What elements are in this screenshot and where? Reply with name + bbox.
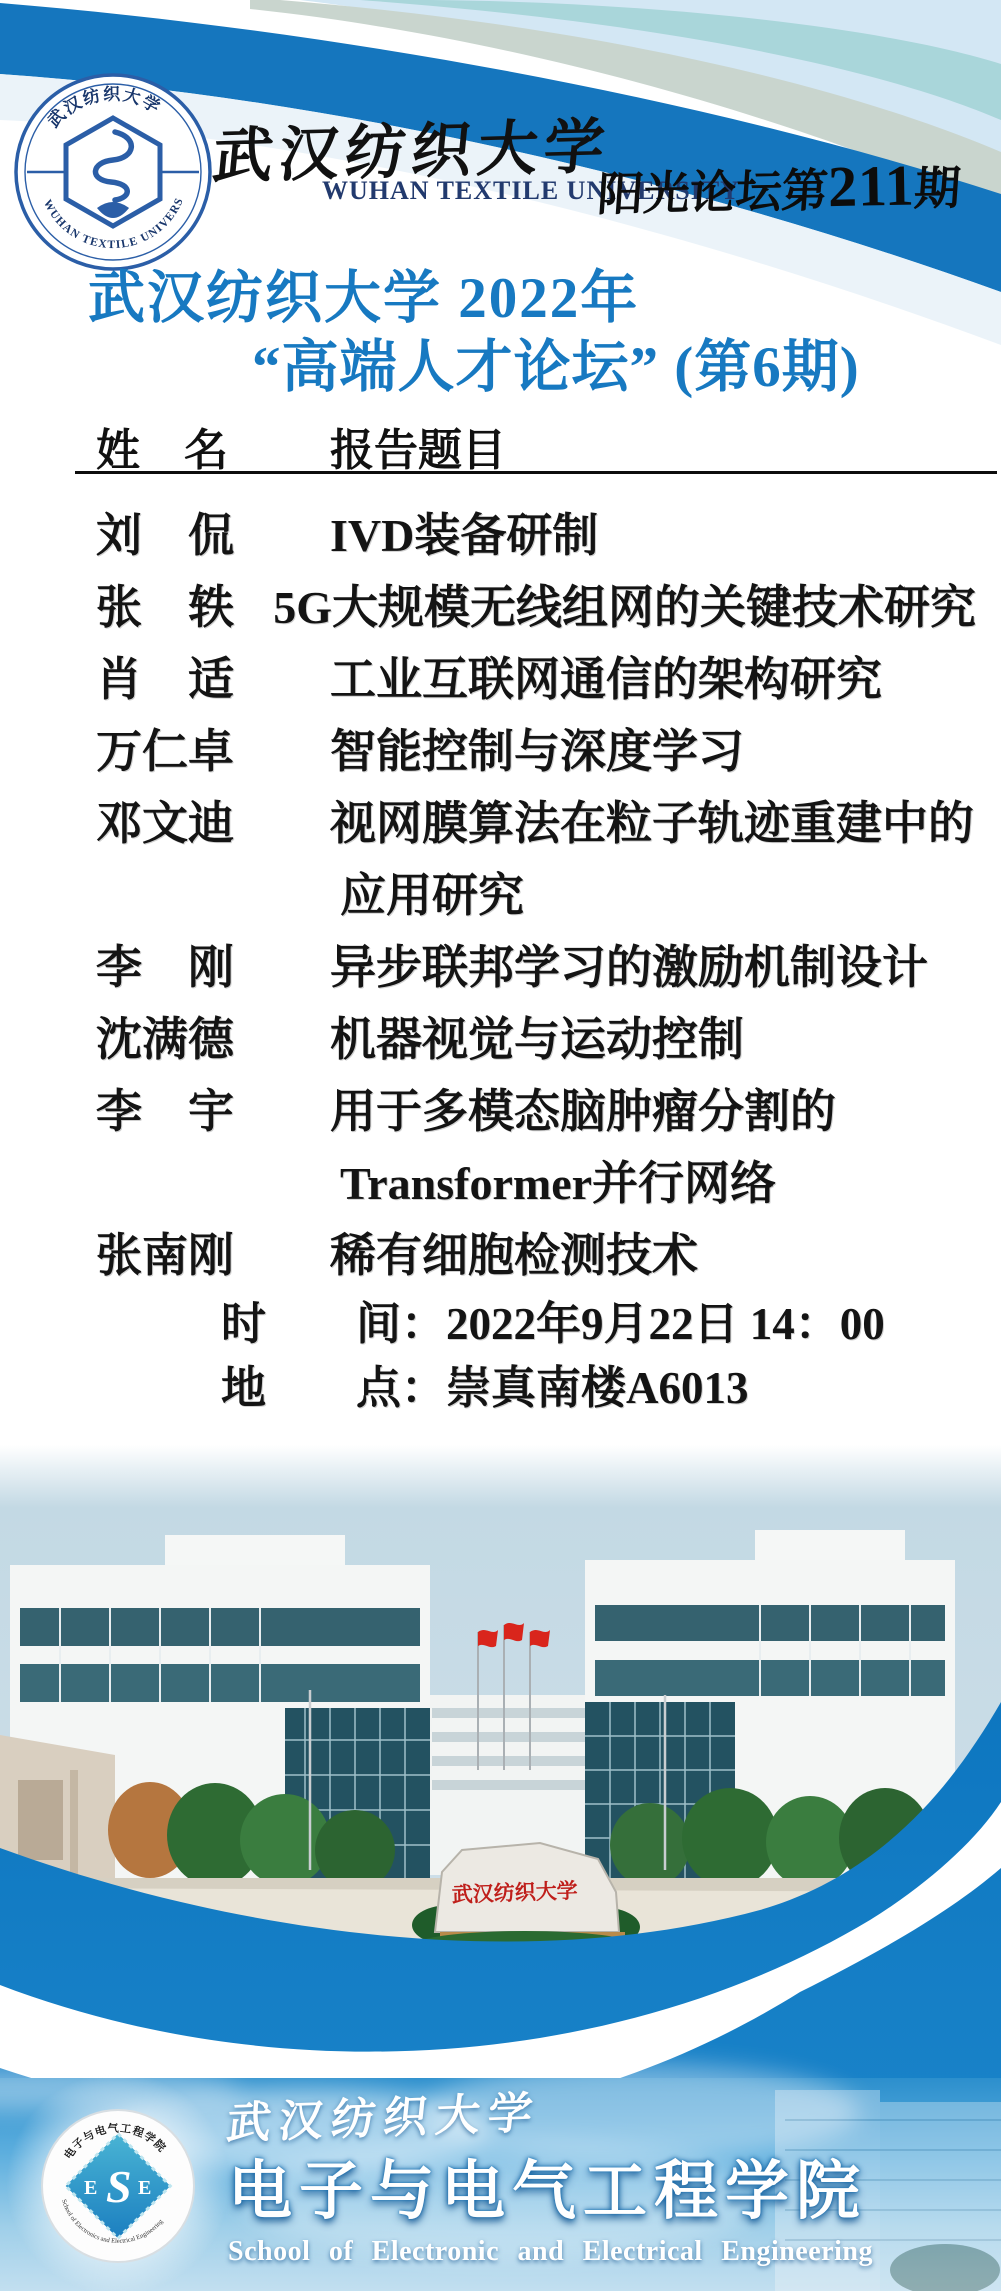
top-decoration: 武汉纺织大学 WUHAN TEXTILE UNIVERSITY	[0, 0, 1001, 480]
badge-number: 211	[827, 152, 915, 221]
gate-wall-panel	[18, 1780, 63, 1860]
left-glass-strip	[20, 1608, 420, 1646]
place-line: 地点：崇真南楼A6013	[221, 1356, 885, 1420]
talk-title-line2: Transformer并行网络	[330, 1148, 976, 1220]
table-row: 张 轶 5G大规模无线组网的关键技术研究	[96, 572, 976, 644]
forum-series-badge: 阳光论坛第211期	[596, 151, 963, 224]
column-header-topic: 报告题目	[330, 414, 506, 478]
university-seal: 武汉纺织大学 WUHAN TEXTILE UNIVERSITY	[16, 75, 210, 269]
table-row: 万仁卓 智能控制与深度学习	[96, 716, 976, 788]
place-value: 崇真南楼A6013	[446, 1363, 749, 1413]
ese-letter-s: S	[106, 2161, 132, 2212]
speaker-name: 张南刚	[96, 1220, 330, 1292]
talk-title: 稀有细胞检测技术	[330, 1220, 976, 1292]
time-value: 2022年9月22日 14：00	[446, 1299, 885, 1349]
talk-title-line2: 应用研究	[330, 860, 976, 932]
header-rule	[75, 471, 997, 474]
speaker-name: 沈满德	[96, 1004, 330, 1076]
center-building-floor	[432, 1732, 602, 1742]
speaker-name: 邓文迪	[96, 788, 330, 932]
talk-title: IVD装备研制	[330, 500, 976, 572]
center-building-floor	[432, 1780, 602, 1790]
table-row: 肖 适 工业互联网通信的架构研究	[96, 644, 976, 716]
table-row: 沈满德 机器视觉与运动控制	[96, 1004, 976, 1076]
flag	[504, 1623, 524, 1641]
column-header-name: 姓 名	[96, 414, 228, 478]
right-penthouse	[755, 1530, 905, 1562]
talk-title: 视网膜算法在粒子轨迹重建中的	[330, 788, 976, 860]
table-row: 刘 侃 IVD装备研制	[96, 500, 976, 572]
table-row: 李 刚 异步联邦学习的激励机制设计	[96, 932, 976, 1004]
speaker-name: 李 宇	[96, 1076, 330, 1220]
speaker-name: 张 轶	[96, 572, 273, 644]
footer-school-name-english: School of Electronic and Electrical Engi…	[228, 2236, 873, 2268]
time-label-2: 间：	[356, 1299, 446, 1349]
badge-suffix: 期	[913, 163, 963, 215]
table-row: 张南刚 稀有细胞检测技术	[96, 1220, 976, 1292]
talk-title: 用于多模态脑肿瘤分割的	[330, 1076, 976, 1148]
left-penthouse	[165, 1535, 345, 1570]
time-line: 时间：2022年9月22日 14：00	[221, 1292, 885, 1356]
time-label: 时	[221, 1292, 356, 1356]
speaker-name: 万仁卓	[96, 716, 330, 788]
ese-logo: E S E 电子与电气工程学院 School of Electronics an…	[42, 2110, 194, 2262]
table-row: 邓文迪 视网膜算法在粒子轨迹重建中的应用研究	[96, 788, 976, 932]
ese-letter-e2: E	[138, 2177, 151, 2199]
flag	[530, 1630, 550, 1647]
right-glass-strip	[595, 1660, 945, 1696]
talk-title: 机器视觉与运动控制	[330, 1004, 976, 1076]
speaker-name: 李 刚	[96, 932, 330, 1004]
speaker-name: 肖 适	[96, 644, 330, 716]
speaker-table: 刘 侃 IVD装备研制 张 轶 5G大规模无线组网的关键技术研究 肖 适 工业互…	[96, 500, 976, 1292]
speaker-name: 刘 侃	[96, 500, 330, 572]
talk-title: 工业互联网通信的架构研究	[330, 644, 976, 716]
center-building-floor	[432, 1756, 602, 1766]
center-building-floor	[432, 1708, 602, 1718]
place-label-2: 点：	[356, 1363, 446, 1413]
table-row: 李 宇 用于多模态脑肿瘤分割的Transformer并行网络	[96, 1076, 976, 1220]
left-glass-strip	[20, 1664, 420, 1702]
footer-school-name: 电子与电气工程学院	[228, 2140, 867, 2232]
monument-text: 武汉纺织大学	[451, 1879, 578, 1907]
event-title-line2: “高端人才论坛” (第6期)	[252, 321, 860, 403]
talk-title: 智能控制与深度学习	[330, 716, 976, 788]
ese-letter-e1: E	[84, 2177, 97, 2199]
right-glass-strip	[595, 1605, 945, 1641]
event-details: 时间：2022年9月22日 14：00 地点：崇真南楼A6013	[221, 1292, 885, 1420]
place-label: 地	[221, 1356, 356, 1420]
talk-title: 5G大规模无线组网的关键技术研究	[273, 572, 976, 644]
badge-prefix: 阳光论坛第	[596, 165, 830, 220]
talk-title: 异步联邦学习的激励机制设计	[330, 932, 976, 1004]
forum-poster: 武汉纺织大学 WUHAN TEXTILE UNIVERSITY 武汉纺织大学 W…	[0, 0, 1001, 2291]
flag	[478, 1630, 498, 1647]
